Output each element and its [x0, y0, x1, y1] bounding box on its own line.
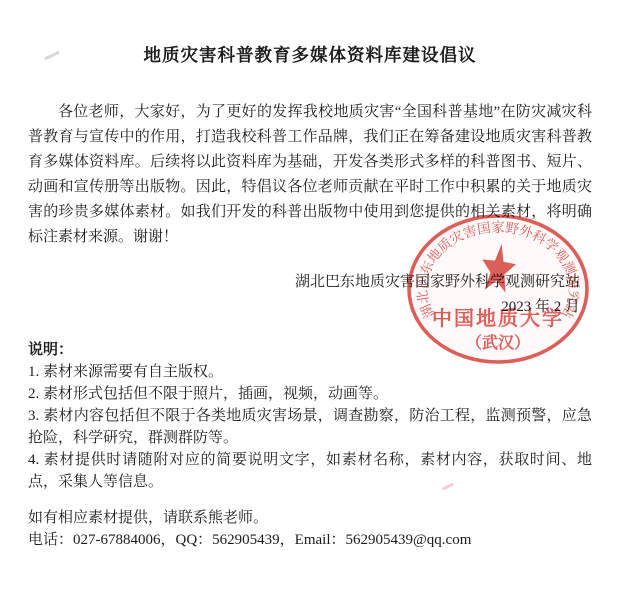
signature-org: 湖北巴东地质灾害国家野外科学观测研究站: [28, 270, 580, 295]
signature-date: 2023 年 2 月: [28, 295, 580, 320]
signature-block: 湖北巴东地质灾害国家野外科学观测研究站 2023 年 2 月: [28, 270, 592, 320]
note-item-1: 1. 素材来源需要有自主版权。: [28, 361, 592, 383]
note-item-2: 2. 素材形式包括但不限于照片，插画，视频，动画等。: [28, 383, 592, 405]
notes-heading: 说明：: [28, 339, 592, 361]
document-title: 地质灾害科普教育多媒体资料库建设倡议: [28, 0, 592, 67]
notes-section: 说明： 1. 素材来源需要有自主版权。 2. 素材形式包括但不限于照片，插画，视…: [28, 339, 592, 493]
contact-details: 电话：027-67884006，QQ：562905439，Email：56290…: [28, 529, 592, 551]
body-paragraph: 各位老师，大家好，为了更好的发挥我校地质灾害“全国科普基地”在防灾减灾科普教育与…: [28, 100, 592, 250]
document-page: 地质灾害科普教育多媒体资料库建设倡议 各位老师，大家好，为了更好的发挥我校地质灾…: [0, 0, 619, 590]
contact-line: 如有相应素材提供，请联系熊老师。: [28, 507, 592, 529]
note-item-3: 3. 素材内容包括但不限于各类地质灾害场景，调查勘察，防治工程，监测预警，应急抢…: [28, 405, 592, 449]
note-item-4: 4. 素材提供时请随附对应的简要说明文字，如素材名称，素材内容，获取时间、地点，…: [28, 449, 592, 493]
